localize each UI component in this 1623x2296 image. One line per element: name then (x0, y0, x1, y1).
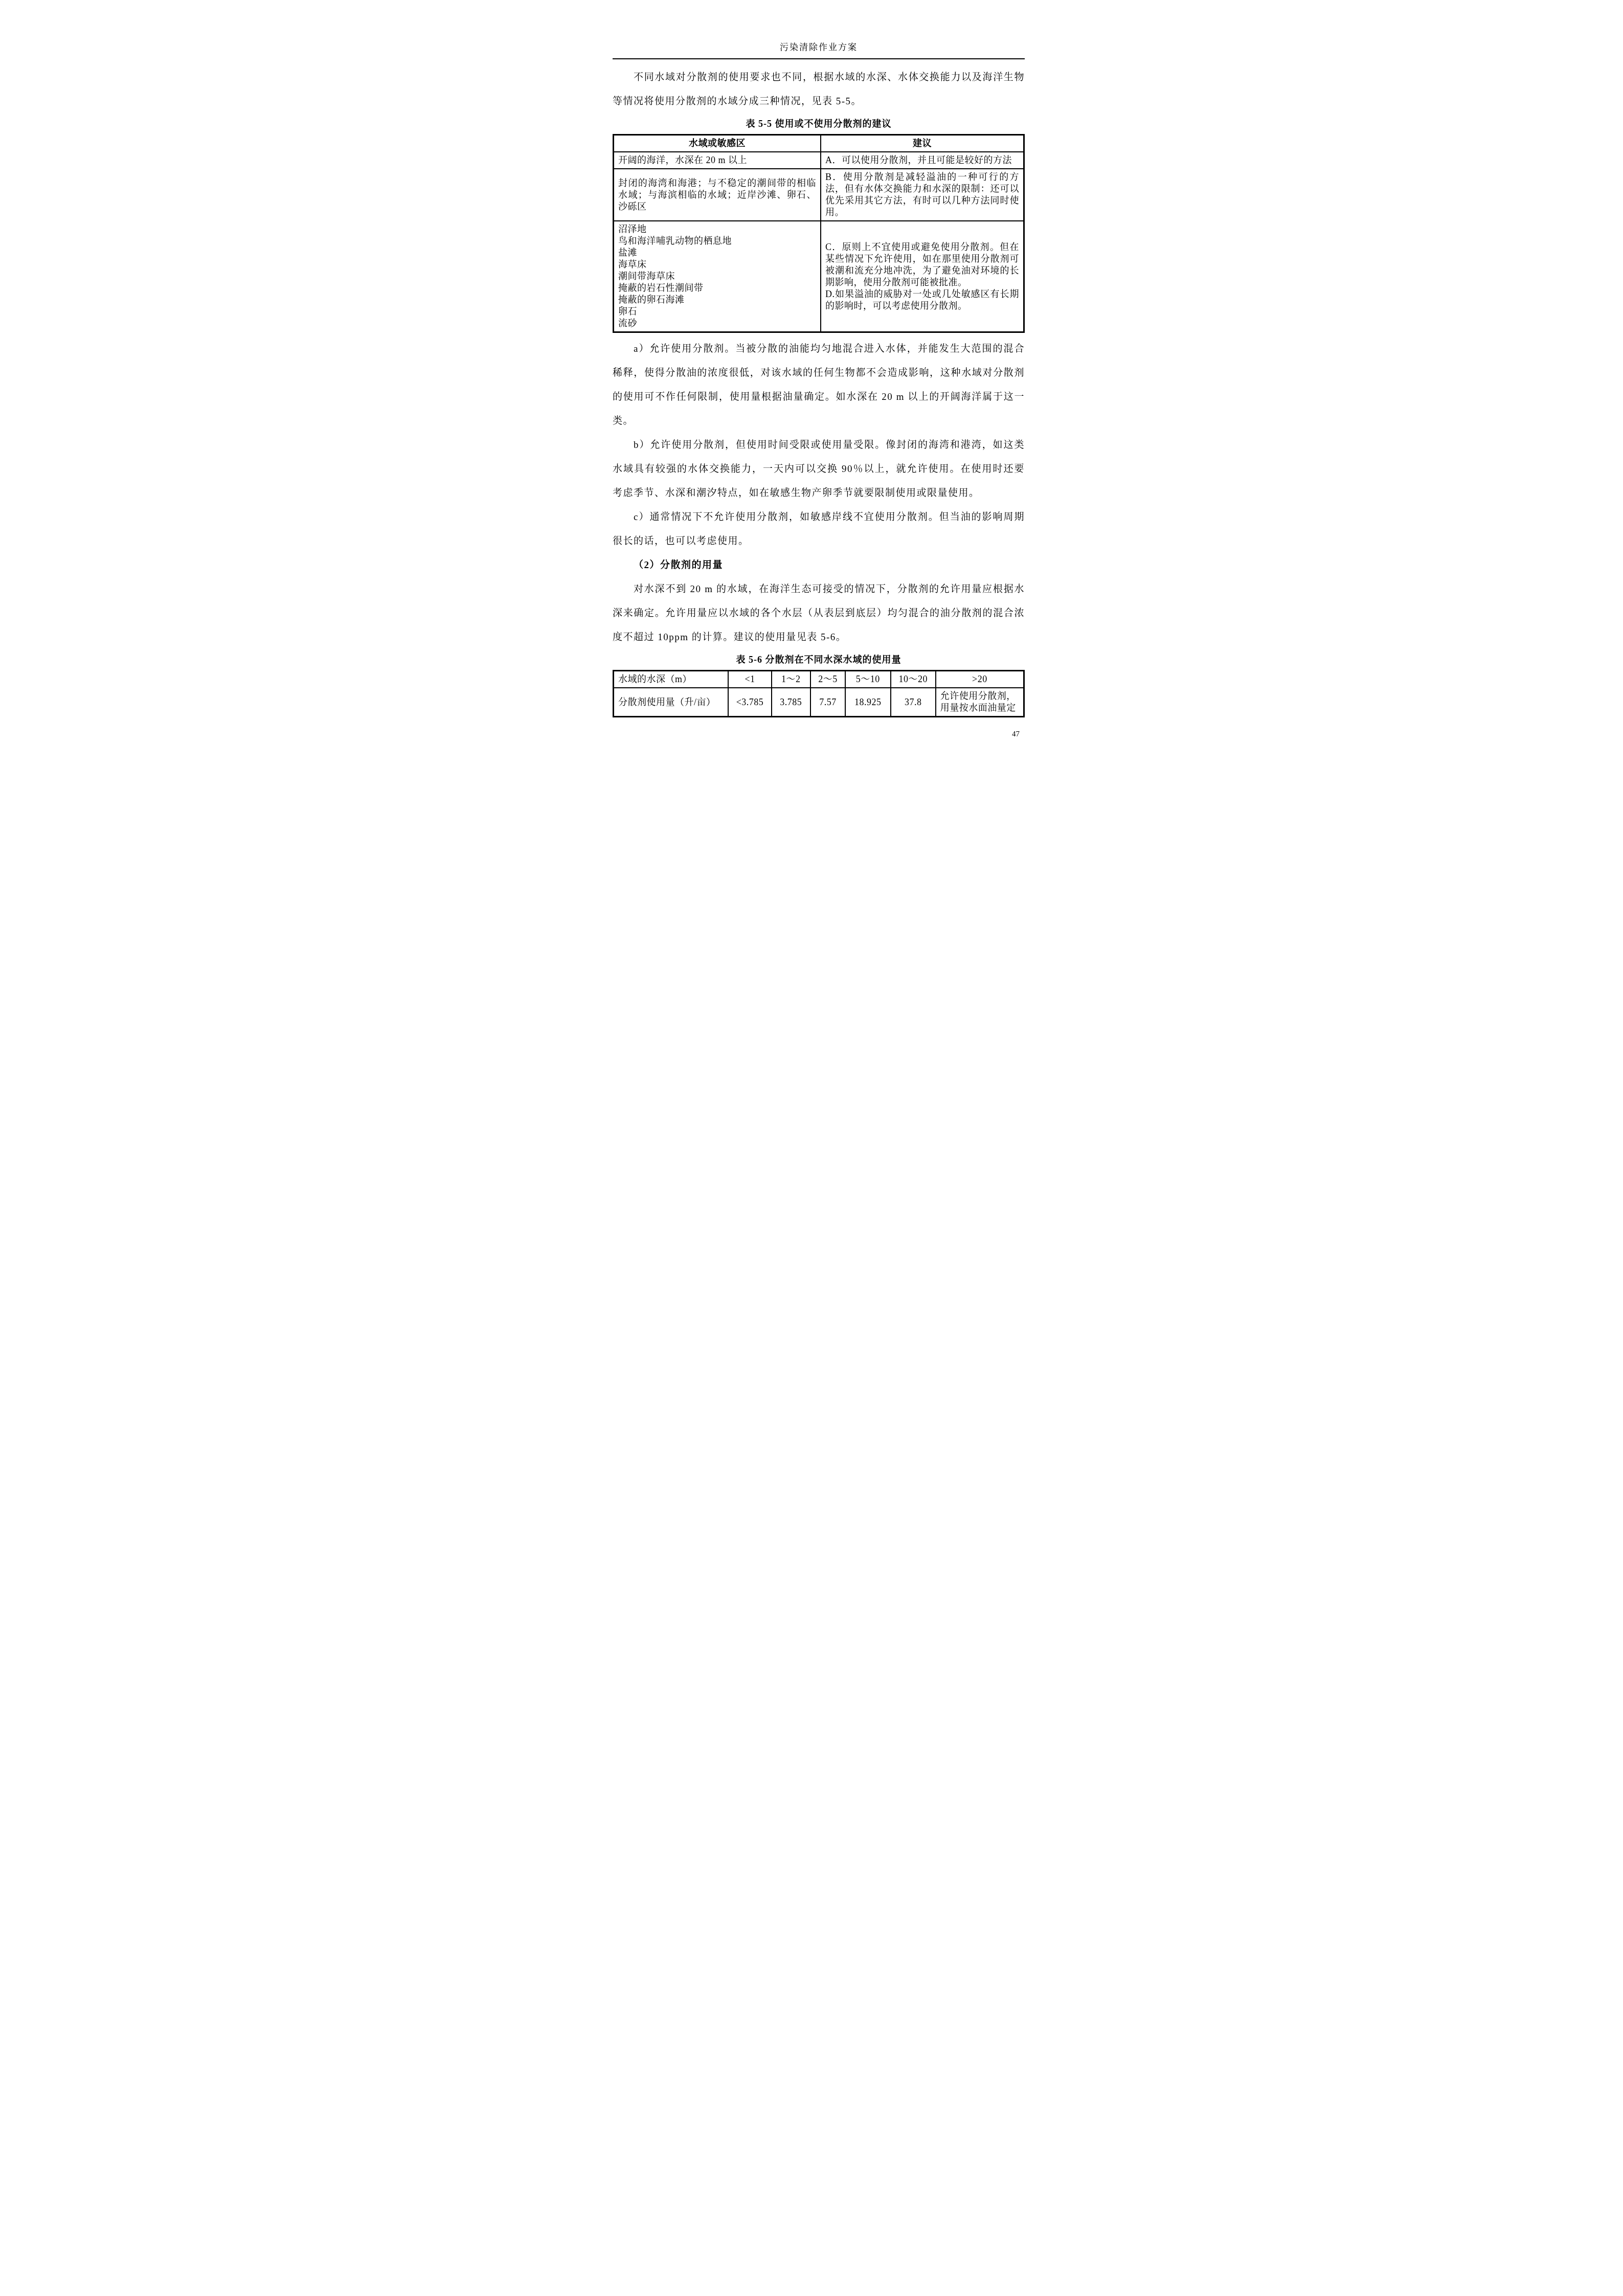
table-5-6-dosage-1-2: 3.785 (772, 688, 810, 717)
table-row: 封闭的海湾和海港；与不稳定的潮间带的相临水域；与海滨相临的水域；近岸沙滩、卵石、… (614, 169, 1024, 221)
table-5-5-row2-suggestion: B．使用分散剂是减轻溢油的一种可行的方法，但有水体交换能力和水深的限制：还可以优… (821, 169, 1024, 221)
table-5-5-row3-area: 沼泽地 鸟和海洋哺乳动物的栖息地 盐滩 海草床 潮间带海草床 掩蔽的岩石性潮间带… (614, 221, 821, 332)
table-5-5-row2-area: 封闭的海湾和海港；与不稳定的潮间带的相临水域；与海滨相临的水域；近岸沙滩、卵石、… (614, 169, 821, 221)
table-5-5-row1-suggestion: A．可以使用分散剂，并且可能是较好的方法 (821, 152, 1024, 169)
table-5-6-caption: 表 5-6 分散剂在不同水深水域的使用量 (613, 652, 1025, 666)
table-row: 沼泽地 鸟和海洋哺乳动物的栖息地 盐滩 海草床 潮间带海草床 掩蔽的岩石性潮间带… (614, 221, 1024, 332)
document-page: 污染清除作业方案 不同水域对分散剂的使用要求也不同，根据水域的水深、水体交换能力… (541, 0, 1082, 766)
dosage-paragraph: 对水深不到 20 m 的水域，在海洋生态可接受的情况下，分散剂的允许用量应根据水… (613, 577, 1025, 649)
table-5-6-dosage-2-5: 7.57 (810, 688, 845, 717)
table-5-6-depth-1-2: 1～2 (772, 671, 810, 688)
table-5-6-depth-label: 水域的水深（m） (614, 671, 729, 688)
table-5-5-header-row: 水域或敏感区 建议 (614, 135, 1024, 152)
page-number: 47 (1012, 730, 1020, 739)
table-5-5-header-suggestion: 建议 (821, 135, 1024, 152)
table-row: 开阔的海洋，水深在 20 m 以上 A．可以使用分散剂，并且可能是较好的方法 (614, 152, 1024, 169)
table-5-5-header-area: 水域或敏感区 (614, 135, 821, 152)
table-5-6-data-row: 分散剂使用量（升/亩） <3.785 3.785 7.57 18.925 37.… (614, 688, 1024, 717)
section-heading: （2）分散剂的用量 (613, 553, 1025, 577)
table-5-6-depth-5-10: 5～10 (845, 671, 890, 688)
table-5-6-header-row: 水域的水深（m） <1 1～2 2～5 5～10 10～20 >20 (614, 671, 1024, 688)
table-5-5-caption: 表 5-5 使用或不使用分散剂的建议 (613, 117, 1025, 130)
paragraph-a: a）允许使用分散剂。当被分散的油能均匀地混合进入水体，并能发生大范围的混合稀释，… (613, 337, 1025, 433)
table-5-6-dosage-gt20: 允许使用分散剂， 用量按水面油量定 (936, 688, 1024, 717)
table-5-6-depth-lt1: <1 (728, 671, 771, 688)
intro-paragraph: 不同水域对分散剂的使用要求也不同，根据水域的水深、水体交换能力以及海洋生物等情况… (613, 65, 1025, 114)
table-5-6-dosage-5-10: 18.925 (845, 688, 890, 717)
table-5-5-row1-area: 开阔的海洋，水深在 20 m 以上 (614, 152, 821, 169)
table-5-6-depth-2-5: 2～5 (810, 671, 845, 688)
page-header-title: 污染清除作业方案 (613, 42, 1025, 59)
table-5-6: 水域的水深（m） <1 1～2 2～5 5～10 10～20 >20 分散剂使用… (613, 670, 1025, 717)
paragraph-c: c）通常情况下不允许使用分散剂，如敏感岸线不宜使用分散剂。但当油的影响周期很长的… (613, 505, 1025, 553)
table-5-5-row3-suggestion: C．原则上不宜使用或避免使用分散剂。但在某些情况下允许使用，如在那里使用分散剂可… (821, 221, 1024, 332)
table-5-6-depth-10-20: 10～20 (891, 671, 936, 688)
table-5-6-dosage-label: 分散剂使用量（升/亩） (614, 688, 729, 717)
table-5-6-depth-gt20: >20 (936, 671, 1024, 688)
paragraph-b: b）允许使用分散剂，但使用时间受限或使用量受限。像封闭的海湾和港湾，如这类水域具… (613, 433, 1025, 505)
table-5-5: 水域或敏感区 建议 开阔的海洋，水深在 20 m 以上 A．可以使用分散剂，并且… (613, 134, 1025, 333)
table-5-6-dosage-10-20: 37.8 (891, 688, 936, 717)
table-5-6-dosage-lt1: <3.785 (728, 688, 771, 717)
